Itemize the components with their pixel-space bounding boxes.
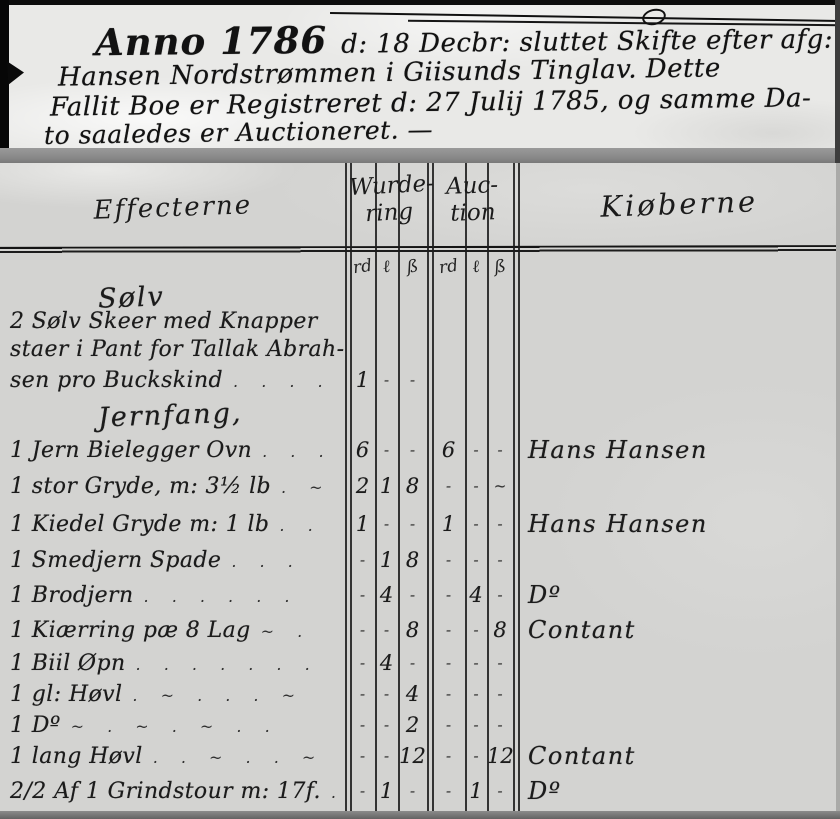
valuation-cell: - (350, 747, 375, 765)
column-rule (350, 163, 352, 812)
auction-cell: - (487, 586, 513, 604)
valuation-cell: - (350, 586, 375, 604)
item-description-text: 1 Brodjern (10, 583, 134, 608)
valuation-cell: - (398, 654, 427, 672)
scan-right-edge (835, 0, 840, 163)
valuation-cell: 8 (398, 618, 427, 642)
item-description-text: 1 lang Høvl (10, 744, 143, 769)
valuation-cell: - (350, 685, 375, 703)
column-header-buyers: Kiøberne (517, 167, 840, 226)
unit-label-skilling: ß (486, 255, 515, 278)
column-rule (432, 163, 434, 812)
valuation-cell: 6 (350, 438, 375, 462)
table-row: 1 Jern Bielegger Ovn. . .6--6--Hans Hans… (0, 433, 840, 467)
dotted-leader: . ~ (271, 478, 345, 497)
valuation-cell: - (398, 515, 427, 533)
section-row: Sølv (0, 281, 840, 307)
table-row: 1 Brodjern. . . . . .-4--4-Dº (0, 577, 840, 613)
dotted-leader: . . . (252, 442, 345, 461)
column-header-auction-line1: Auc- (431, 172, 513, 202)
valuation-cell: - (375, 716, 398, 734)
table-row: 1 Dº~ . ~ . ~ . .--2--- (0, 709, 840, 741)
auction-cell: - (465, 515, 487, 533)
item-description: 1 Smedjern Spade. . . (0, 548, 345, 573)
item-description-text: sen pro Buckskind (10, 368, 223, 393)
auction-cell: - (487, 782, 513, 800)
auction-cell: - (487, 654, 513, 672)
auction-cell: - (465, 621, 487, 639)
scan-top-edge (0, 0, 840, 5)
item-description-text: 1 stor Gryde, m: 3½ lb (10, 474, 271, 499)
unit-label-mark: ℓ (374, 255, 400, 278)
dotted-leader: . . ~ . . ~ (143, 748, 345, 767)
valuation-cell: - (398, 371, 427, 389)
section-row: Jernfang, (0, 397, 840, 433)
auction-cell: - (465, 716, 487, 734)
auction-cell: - (465, 551, 487, 569)
dotted-leader: . . . (221, 552, 345, 571)
dotted-leader: . . . . . (223, 372, 345, 391)
valuation-cell: 2 (350, 474, 375, 498)
buyer-cell: Contant (518, 616, 840, 644)
buyer-cell: Contant (518, 742, 840, 770)
item-description: staer i Pant for Tallak Abrah- (0, 337, 345, 362)
column-rule (398, 163, 400, 812)
valuation-cell: 2 (398, 713, 427, 737)
scan-right-edge (836, 163, 840, 819)
table-row: 1 Kiærring pæ 8 Lag~ .--8--8Contant (0, 613, 840, 647)
dotted-leader: . . (269, 516, 345, 535)
valuation-cell: - (350, 621, 375, 639)
item-description: 1 stor Gryde, m: 3½ lb. ~ (0, 474, 345, 499)
item-description-text: 1 gl: Høvl (10, 682, 122, 707)
dotted-leader: ~ . (251, 622, 345, 641)
item-description-text: 1 Smedjern Spade (10, 548, 221, 573)
item-description-text: 1 Biil Øpn (10, 651, 126, 676)
buyer-cell: Dº (518, 777, 840, 805)
valuation-cell: - (350, 716, 375, 734)
auction-table: Effecterne Wurde- ring Auc- tion Kiøbern… (0, 163, 840, 812)
buyer-cell: Hans Hansen (518, 510, 840, 538)
valuation-cell: - (398, 782, 427, 800)
auction-cell: - (432, 586, 465, 604)
table-row: sen pro Buckskind. . . . .1-- (0, 363, 840, 397)
valuation-cell: 1 (375, 779, 398, 803)
column-header-valuation-line2: ring (350, 198, 428, 229)
auction-cell: 8 (487, 618, 513, 642)
column-rule (345, 163, 347, 812)
auction-cell: - (432, 654, 465, 672)
item-description: 1 Kiedel Gryde m: 1 lb. . (0, 512, 345, 537)
scan-seam (0, 148, 840, 163)
item-description-text: 1 Dº (10, 713, 61, 738)
anno-year: Anno 1786 (95, 18, 328, 64)
valuation-cell: 1 (350, 368, 375, 392)
item-description: 1 Dº~ . ~ . ~ . . (0, 713, 345, 738)
item-description: sen pro Buckskind. . . . . (0, 368, 345, 393)
auction-cell: - (487, 551, 513, 569)
auction-cell: - (432, 747, 465, 765)
table-row: 1 gl: Høvl. ~ . . . ~--4--- (0, 679, 840, 709)
column-header-auction: Auc- tion (431, 172, 514, 229)
auction-cell: - (487, 685, 513, 703)
item-description: 1 Biil Øpn. . . . . . . (0, 651, 345, 676)
auction-cell: 6 (432, 438, 465, 462)
auction-cell: - (465, 654, 487, 672)
valuation-cell: - (375, 621, 398, 639)
table-row: 2/2 Af 1 Grindstour m: 17f..-1--1-Dº (0, 771, 840, 811)
table-header-row: Effecterne Wurde- ring Auc- tion Kiøbern… (0, 163, 840, 253)
currency-unit-row: rd ℓ ß rd ℓ ß (0, 253, 840, 281)
table-body: Sølv2 Sølv Skeer med Knapperstaer i Pant… (0, 281, 840, 811)
valuation-cell: - (375, 441, 398, 459)
valuation-cell: 1 (350, 512, 375, 536)
document-scan: Anno 1786d: 18 Decbr: sluttet Skifte eft… (0, 0, 840, 819)
buyer-cell: Hans Hansen (518, 436, 840, 464)
auction-cell: - (465, 747, 487, 765)
valuation-cell: - (375, 515, 398, 533)
table-row: 1 Kiedel Gryde m: 1 lb. .1--1--Hans Hans… (0, 505, 840, 543)
column-header-effects: Effecterne (0, 167, 346, 229)
valuation-cell: 8 (398, 548, 427, 572)
auction-cell: - (432, 685, 465, 703)
auction-cell: - (487, 716, 513, 734)
scan-bottom-edge (0, 811, 840, 819)
valuation-cell: 4 (398, 682, 427, 706)
auction-cell: ~ (487, 477, 513, 495)
auction-cell: - (465, 685, 487, 703)
column-rule (375, 163, 377, 812)
unit-label-rd: rd (349, 255, 377, 278)
valuation-cell: - (375, 371, 398, 389)
auction-cell: - (465, 441, 487, 459)
valuation-cell: 4 (375, 651, 398, 675)
item-description-text: 1 Jern Bielegger Ovn (10, 438, 252, 463)
item-description: 1 Jern Bielegger Ovn. . . (0, 438, 345, 463)
column-rule (427, 163, 429, 812)
table-row: 1 stor Gryde, m: 3½ lb. ~218--~ (0, 467, 840, 505)
column-rule (465, 163, 467, 812)
dotted-leader: . . . . . . . (126, 655, 345, 674)
item-description: 2/2 Af 1 Grindstour m: 17f.. (0, 779, 345, 804)
auction-cell: - (432, 716, 465, 734)
header-note: Anno 1786d: 18 Decbr: sluttet Skifte eft… (0, 0, 840, 148)
column-header-valuation: Wurde- ring (349, 171, 429, 229)
item-description: 1 Kiærring pæ 8 Lag~ . (0, 618, 345, 643)
valuation-cell: - (398, 441, 427, 459)
table-row: 1 lang Høvl. . ~ . . ~--12--12Contant (0, 741, 840, 771)
unit-label-skilling: ß (397, 255, 429, 279)
valuation-cell: - (350, 551, 375, 569)
dotted-leader: ~ . ~ . ~ . . (61, 717, 345, 736)
table-row: staer i Pant for Tallak Abrah- (0, 335, 840, 363)
valuation-cell: - (398, 586, 427, 604)
unit-label-mark: ℓ (464, 256, 489, 279)
header-line-4: to saaledes er Auctioneret. — (44, 115, 433, 150)
unit-label-rd: rd (431, 255, 466, 279)
auction-cell: - (432, 782, 465, 800)
section-heading: Jernfang, (0, 393, 345, 436)
valuation-cell: 1 (375, 548, 398, 572)
column-rule (487, 163, 489, 812)
item-description-line: staer i Pant for Tallak Abrah- (10, 337, 344, 362)
auction-cell: 12 (487, 744, 513, 768)
valuation-cell: - (375, 685, 398, 703)
item-description: 1 Brodjern. . . . . . (0, 583, 345, 608)
column-header-auction-line2: tion (432, 199, 514, 229)
valuation-cell: - (375, 747, 398, 765)
item-description: 1 lang Høvl. . ~ . . ~ (0, 744, 345, 769)
auction-cell: - (487, 515, 513, 533)
item-description-text: 1 Kiærring pæ 8 Lag (10, 618, 251, 643)
auction-cell: - (432, 621, 465, 639)
auction-cell: 4 (465, 583, 487, 607)
valuation-cell: 1 (375, 474, 398, 498)
valuation-cell: 12 (398, 744, 427, 768)
auction-cell: 1 (465, 779, 487, 803)
auction-cell: - (432, 551, 465, 569)
valuation-cell: - (350, 654, 375, 672)
auction-cell: - (432, 477, 465, 495)
dotted-leader: . ~ . . . ~ (122, 686, 345, 705)
dotted-leader: . . . . . . (134, 587, 345, 606)
valuation-cell: 8 (398, 474, 427, 498)
auction-cell: - (465, 477, 487, 495)
scan-left-edge (0, 0, 9, 152)
auction-cell: - (487, 441, 513, 459)
valuation-cell: 4 (375, 583, 398, 607)
valuation-cell: - (350, 782, 375, 800)
table-row: 1 Biil Øpn. . . . . . .-4---- (0, 647, 840, 679)
buyer-cell: Dº (518, 581, 840, 609)
dotted-leader: . (321, 783, 345, 802)
auction-cell: 1 (432, 512, 465, 536)
item-description: 1 gl: Høvl. ~ . . . ~ (0, 682, 345, 707)
item-description-text: 1 Kiedel Gryde m: 1 lb (10, 512, 269, 537)
item-description-text: 2/2 Af 1 Grindstour m: 17f. (10, 779, 321, 804)
column-header-valuation-line1: Wurde- (349, 171, 427, 202)
column-rule (513, 163, 515, 812)
table-row: 1 Smedjern Spade. . .-18--- (0, 543, 840, 577)
column-rule (518, 163, 520, 812)
